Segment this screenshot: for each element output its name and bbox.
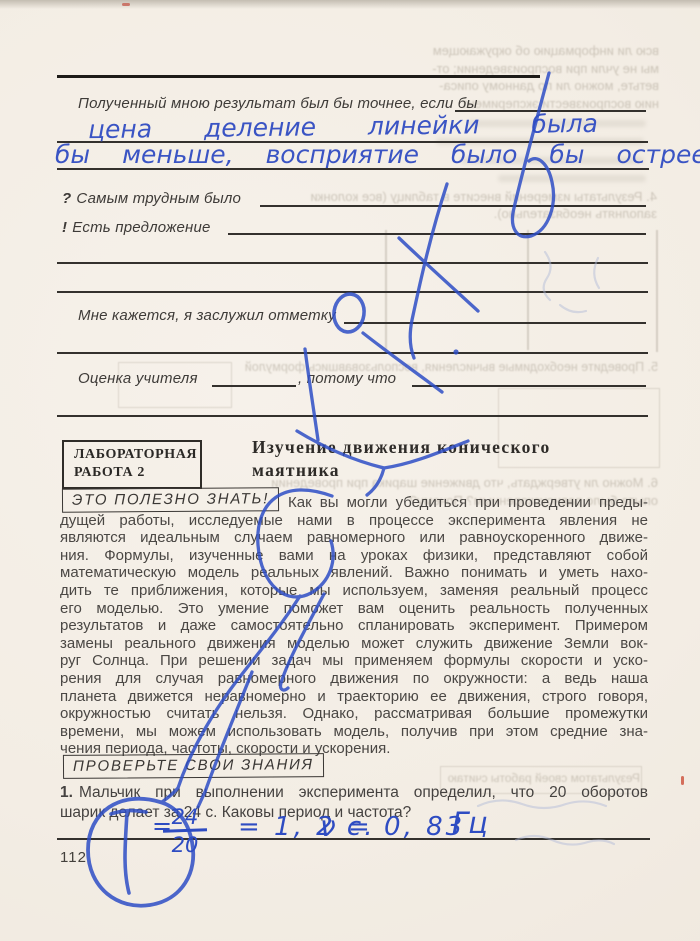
pen-stroke [399,238,478,311]
fraction-bar [163,828,207,832]
paragraph-line: дущей работы, исследуемые нами в процесс… [60,512,648,530]
paragraph-line: его моделью. Это умение поможет вам оцен… [60,600,648,618]
answer-line [57,838,650,840]
prompt-result-accuracy: Полученный мною результат был бы точнее,… [78,95,478,112]
paragraph-line: Как вы могли убедиться при проведении пр… [288,494,648,512]
scan-edge-shadow [0,0,700,9]
answer-line [57,262,648,264]
paragraph-line: дить те приближения, которые мы использу… [60,582,648,600]
prompt-hardest: ?Самым трудным было [62,190,241,207]
answer-line [344,322,646,324]
scan-speck [122,3,130,6]
paragraph-line: результатов и даже самостоятельно сплани… [60,617,648,635]
bleedthrough-table-line [656,230,658,352]
pen-stroke-T-stem [125,813,129,893]
bleedthrough-line: всю ли информацию об окружающем [365,42,659,60]
paragraph-line: математическую модель реальных явлений. … [60,564,648,582]
lab-title-line2: маятника [252,459,551,482]
prompt-suggestion: !Есть предложение [62,219,211,236]
bleedthrough-smear [498,175,646,182]
lab-intro-paragraph: Как вы могли убедиться при проведении пр… [60,494,648,758]
question-1-line1: 1.Мальчик при выполнении эксперимента оп… [60,783,648,803]
prompt-teacher-grade: Оценка учителя [78,370,198,387]
check-your-knowledge-label: ПРОВЕРЬТЕ СВОИ ЗНАНИЯ [63,753,324,779]
exclamation-marker: ! [62,219,67,236]
paragraph-line: рения для случая равномерного движения п… [60,670,648,688]
lab-badge-line2: РАБОТА 2 [74,464,192,482]
page-number: 112 [60,849,87,866]
paragraph-line: замены реального движения моделью может … [60,635,648,653]
answer-line [228,233,646,235]
question-marker: ? [62,190,71,207]
answer-line [57,415,648,417]
question-1-number: 1. [60,784,73,801]
answer-line [412,385,646,387]
workbook-scan-page: всю ли информацию об окружающеммы не учл… [0,0,700,941]
lab-title-line1: Изучение движения конического [252,436,551,459]
paragraph-line: окружностью считать нельзя. Однако, расс… [60,705,648,723]
lab-badge-line1: ЛАБОРАТОРНАЯ [74,446,192,464]
prompt-self-grade: Мне кажется, я заслужил отметку [78,307,336,324]
answer-line [57,352,648,354]
bleedthrough-line: ветьте, можно ли по данному описа- [365,77,659,95]
bleedthrough-table-line [385,230,387,350]
bleedthrough-squiggle [560,305,586,312]
lab-title: Изучение движения конического маятника [252,436,551,482]
fraction-denominator: 20 [163,834,207,856]
answer-line [260,205,646,207]
answer-line [212,385,296,387]
bleedthrough-item4-line1: 4. Результаты измерений внесите в таблиц… [335,188,657,206]
handwritten-answer-line2: бы меньше, восприятие было бы острее [55,140,700,169]
paragraph-line: руг Солнца. При решении задач мы применя… [60,652,648,670]
paragraph-line: планета движется неравномерно и траектор… [60,688,648,706]
prompt-because: , потому что [298,370,396,387]
question-1: 1.Мальчик при выполнении эксперимента оп… [60,783,648,823]
bleedthrough-item4-line2: заполнять необязательно). [335,205,657,223]
grade-circle-mark [332,292,367,334]
question-1-line2: шарик делает за 24 с. Каковы период и ча… [60,803,648,823]
paragraph-line: являются идеальным случаем равномерного … [60,529,648,547]
scan-speck [681,776,684,785]
lab-work-badge: ЛАБОРАТОРНАЯ РАБОТА 2 [62,440,202,489]
bleedthrough-table-line [527,230,529,350]
paragraph-line: времени, мы можем использовать модель, п… [60,723,648,741]
answer-line [57,291,648,293]
section-divider-line [57,75,540,78]
paragraph-line: ния. Формулы, изученные вами на уроках ф… [60,547,648,565]
